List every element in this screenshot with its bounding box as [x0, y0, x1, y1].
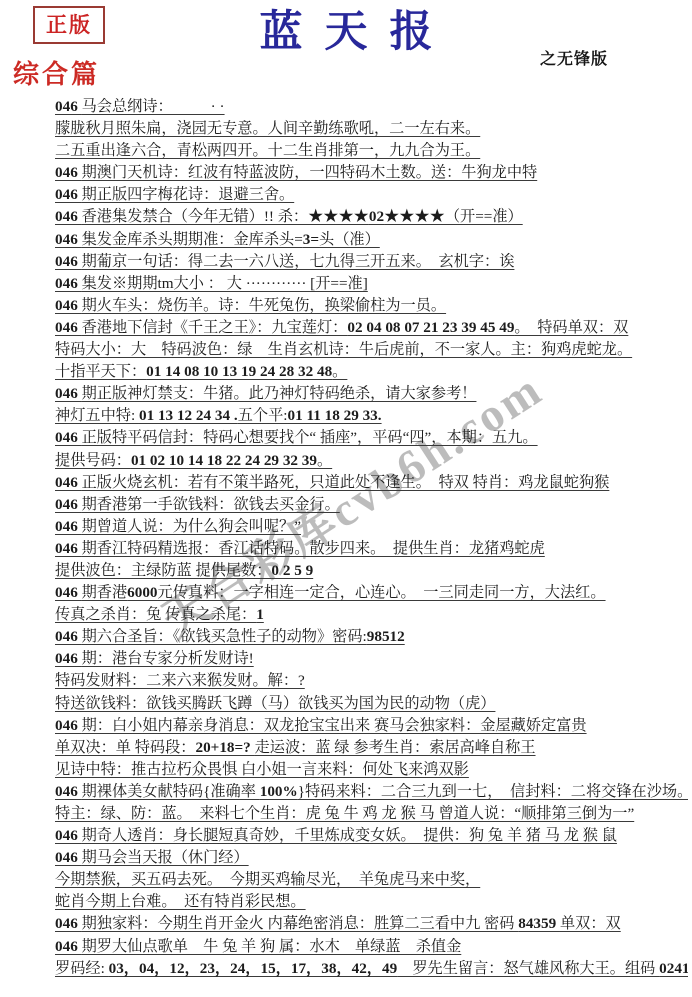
report-line: 传真之杀肖：兔 传真之杀尾：1 — [55, 604, 688, 626]
report-line: 046 期葡京一句话：得二去一六八送，七九得三开五来。 玄机字：诶 — [55, 251, 688, 273]
report-line: 046 马会总纲诗： · · — [55, 96, 688, 118]
report-line: 见诗中特：推古拉朽众畏惧 白小姐一言来料：何处飞来鸿双影 — [55, 759, 688, 781]
report-line: 蛇肖今期上台难。 还有特肖彩民想。 — [55, 891, 688, 913]
report-line: 提供号码：01 02 10 14 18 22 24 29 32 39。 — [55, 450, 688, 472]
edition-label: 之无锋版 — [540, 46, 608, 69]
report-line: 046 期正版四字梅花诗：退避三舍。 — [55, 184, 688, 206]
report-lines: 046 马会总纲诗： · ·朦胧秋月照朱扁，浇园无专意。人间辛勤练歌吼，二一左右… — [55, 96, 688, 980]
report-line: 046 期香港6000元传真料：一字相连一定合，心连心。 一三同走同一方，大法红… — [55, 582, 688, 604]
report-line: 046 期正版神灯禁支：牛猪。此乃神灯特码绝杀，请大家参考！ — [55, 383, 688, 405]
section-title: 综合篇 — [13, 54, 100, 91]
report-line: 046 期裸体美女献特码{准确率 100%}特码来料：二合三九到一七， 信封料：… — [55, 781, 688, 803]
report-line: 特主：绿、防：蓝。 来料七个生肖：虎 兔 牛 鸡 龙 猴 马 曾道人说：“顺排第… — [55, 803, 688, 825]
report-line: 046 香港集发禁合（今年无错）!! 杀：★★★★02★★★★（开==准） — [55, 206, 688, 228]
authentic-badge: 正版 — [33, 6, 105, 44]
page-title: 蓝天报 — [238, 0, 455, 59]
report-line: 046 期独家料：今期生肖开金火 内幕绝密消息：胜算二三看中九 密码 84359… — [55, 913, 688, 935]
report-line: 046 集发※期期tm大小 ： 大 ············ [开==准] — [55, 273, 688, 295]
report-line: 提供波色：主绿防蓝 提供尾数：0 2 5 9 — [55, 560, 688, 582]
report-line: 046 期罗大仙点歌单 牛 兔 羊 狗 属：水木 单绿蓝 杀值金 — [55, 936, 688, 958]
report-line: 046 期：港台专家分析发财诗! — [55, 648, 688, 670]
report-line: 单双决：单 特码段：20+18=? 走运波：蓝 绿 参考生肖：索居高峰自称王 — [55, 737, 688, 759]
report-line: 今期禁猴，买五码去死。 今期买鸡输尽光， 羊兔虎马来中奖， — [55, 869, 688, 891]
report-line: 046 正版火烧玄机：若有不策半路死，只道此处不逢生。 特双 特肖：鸡龙鼠蛇狗猴 — [55, 472, 688, 494]
report-line: 046 期六合圣旨：《欲钱买急性子的动物》密码:98512 — [55, 626, 688, 648]
report-line: 046 香港地下信封《千王之王》：九宝莲灯：02 04 08 07 21 23 … — [55, 317, 688, 339]
report-line: 046 期火车头：烧伤羊。诗：牛死兔伤，换梁偷柱为一员。 — [55, 295, 688, 317]
report-line: 046 期澳门天机诗：红波有特蓝波防，一四特码木土数。送：牛狗龙中特 — [55, 162, 688, 184]
report-line: 神灯五中特: 01 13 12 24 34 .五个平:01 11 18 29 3… — [55, 405, 688, 427]
report-line: 046 正版特平码信封：特码心想要找个“ 插座”，平码“四”，本期：五九。 — [55, 427, 688, 449]
report-line: 二五重出逢六合，青松两四开。十二生肖排第一，九九合为王。 — [55, 140, 688, 162]
report-line: 特码发财料：二来六来猴发财。解：? — [55, 670, 688, 692]
report-line: 特送欲钱料：欲钱买腾跃飞蹲（马）欲钱买为国为民的动物（虎） — [55, 693, 688, 715]
report-line: 046 期香港第一手欲钱料：欲钱去买金行。 — [55, 494, 688, 516]
report-line: 046 期奇人透肖：身长腿短真奇妙，千里炼成变女妖。 提供：狗 兔 羊 猪 马 … — [55, 825, 688, 847]
report-line: 046 集发金库杀头期期准：金库杀头=3=头（准） — [55, 229, 688, 251]
report-line: 046 期马会当天报（休门经） — [55, 847, 688, 869]
report-line: 046 期：白小姐内幕亲身消息：双龙抢宝宝出来 赛马会独家料：金屋藏娇定富贵 — [55, 715, 688, 737]
newspaper-page: 天合彩库cvb6h.com 正版 蓝天报 之无锋版 综合篇 046 马会总纲诗：… — [0, 0, 692, 997]
report-line: 046 期曾道人说：为什么狗会叫呢？” — [55, 516, 688, 538]
report-line: 046 期香江特码精选报：香江话特码。散步四来。 提供生肖：龙猪鸡蛇虎 — [55, 538, 688, 560]
report-line: 朦胧秋月照朱扁，浇园无专意。人间辛勤练歌吼，二一左右来。 — [55, 118, 688, 140]
report-line: 特码大小：大 特码波色：绿 生肖玄机诗：牛后虎前，不一家人。主：狗鸡虎蛇龙。 — [55, 339, 688, 361]
report-line: 罗码经: 03，04，12，23，24，15，17，38，42，49 罗先生留言… — [55, 958, 688, 980]
report-line: 十指平天下：01 14 08 10 13 19 24 28 32 48。 — [55, 361, 688, 383]
